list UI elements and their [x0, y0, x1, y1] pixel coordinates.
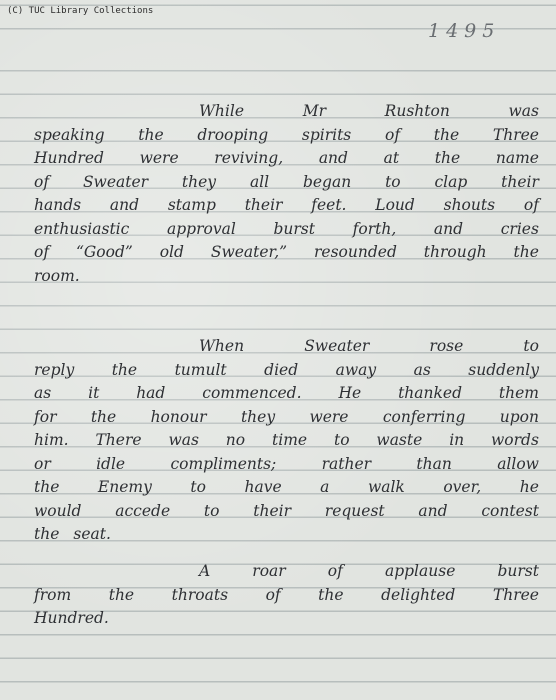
word: stamp — [168, 194, 216, 218]
word: upon — [500, 406, 539, 430]
text-line: him.Therewasnotimetowasteinwords — [34, 429, 539, 453]
word: rose — [429, 335, 463, 359]
word: shouts — [444, 194, 495, 218]
word: to — [385, 171, 401, 195]
text-line: WhileMrRushtonwas — [34, 100, 539, 124]
word: request — [325, 500, 385, 524]
word: Three — [493, 124, 539, 148]
text-line: theEnemytohaveawalkover,he — [34, 476, 539, 500]
text-line: wouldaccedetotheirrequestandcontest — [34, 500, 539, 524]
word: compliments; — [170, 453, 276, 477]
word: thanked — [398, 382, 462, 406]
word: the — [434, 124, 459, 148]
text-line: asithadcommenced.Hethankedthem — [34, 382, 539, 406]
word: seat. — [73, 523, 111, 547]
word: the — [112, 359, 137, 383]
folio-number: 1495 — [428, 20, 500, 42]
word: as — [34, 382, 51, 406]
word: resounded — [314, 241, 397, 265]
word: reviving, — [214, 147, 283, 171]
word: idle — [96, 453, 125, 477]
word: their — [245, 194, 283, 218]
word: contest — [481, 500, 539, 524]
word: would — [34, 500, 81, 524]
word: as — [414, 359, 431, 383]
word: of — [524, 194, 539, 218]
word: him. — [34, 429, 69, 453]
word: at — [384, 147, 399, 171]
word: burst — [273, 218, 315, 242]
text-line: WhenSweaterroseto — [34, 335, 539, 359]
manuscript-page: (C) TUC Library Collections 1495 WhileMr… — [0, 0, 556, 700]
word: all — [250, 171, 269, 195]
word: Hundred. — [34, 607, 109, 631]
word: of — [34, 241, 49, 265]
paragraph-1: WhileMrRushtonwasspeakingthedroopingspir… — [34, 100, 539, 288]
word: commenced. — [202, 382, 301, 406]
word: Mr — [303, 100, 326, 124]
word: accede — [115, 500, 170, 524]
word: no — [226, 429, 245, 453]
word: roar — [252, 560, 285, 584]
word: “Good” — [76, 241, 133, 265]
word: When — [199, 335, 244, 359]
word: Sweater,” — [211, 241, 287, 265]
word: to — [190, 476, 206, 500]
word: rather — [322, 453, 371, 477]
text-line: of“Good”oldSweater,”resoundedthroughthe — [34, 241, 539, 265]
word: allow — [497, 453, 539, 477]
text-line: fromthethroatsofthedelightedThree — [34, 584, 539, 608]
word: He — [338, 382, 361, 406]
word: old — [160, 241, 184, 265]
text-line: ofSweatertheyallbegantoclaptheir — [34, 171, 539, 195]
paragraph-2: WhenSweaterrosetoreplythetumultdiedawaya… — [34, 335, 539, 547]
word: the — [91, 406, 116, 430]
word: for — [34, 406, 56, 430]
word: through — [424, 241, 487, 265]
word: from — [34, 584, 71, 608]
word: words — [491, 429, 539, 453]
word: waste — [376, 429, 422, 453]
word: conferring — [383, 406, 466, 430]
word: began — [303, 171, 351, 195]
word: of — [385, 124, 400, 148]
word: throats — [172, 584, 228, 608]
word: had — [136, 382, 165, 406]
word: While — [199, 100, 244, 124]
word: a — [320, 476, 329, 500]
word: their — [253, 500, 291, 524]
word: speaking — [34, 124, 105, 148]
text-line: replythetumultdiedawayassuddenly — [34, 359, 539, 383]
text-line: enthusiasticapprovalburstforth,andcries — [34, 218, 539, 242]
word: hands — [34, 194, 81, 218]
word: and — [110, 194, 139, 218]
word: forth, — [353, 218, 397, 242]
word: the — [34, 476, 59, 500]
text-line: speakingthedroopingspiritsoftheThree — [34, 124, 539, 148]
text-line: handsandstamptheirfeet.Loudshoutsof — [34, 194, 539, 218]
word: burst — [497, 560, 539, 584]
word: drooping — [197, 124, 268, 148]
word: delighted — [381, 584, 455, 608]
word: applause — [385, 560, 455, 584]
word: approval — [167, 218, 236, 242]
word: he — [520, 476, 539, 500]
text-line: Hundredwerereviving,andatthename — [34, 147, 539, 171]
word: the — [138, 124, 163, 148]
word: was — [509, 100, 539, 124]
word: Rushton — [385, 100, 450, 124]
word: reply — [34, 359, 74, 383]
word: away — [336, 359, 377, 383]
word: and — [418, 500, 447, 524]
word: honour — [151, 406, 207, 430]
copyright-watermark: (C) TUC Library Collections — [7, 6, 153, 16]
word: the — [435, 147, 460, 171]
word: and — [319, 147, 348, 171]
word: cries — [501, 218, 539, 242]
word: There — [95, 429, 141, 453]
text-line: forthehonourtheywereconferringupon — [34, 406, 539, 430]
word: room. — [34, 265, 80, 289]
word: died — [264, 359, 298, 383]
word: were — [309, 406, 348, 430]
word: or — [34, 453, 51, 477]
word: them — [499, 382, 539, 406]
word: the — [514, 241, 539, 265]
word: was — [168, 429, 198, 453]
word: enthusiastic — [34, 218, 129, 242]
word: to — [523, 335, 539, 359]
word: Enemy — [98, 476, 152, 500]
word: feet. — [311, 194, 346, 218]
word: Sweater — [83, 171, 148, 195]
paragraph-3: Aroarofapplauseburstfromthethroatsofthed… — [34, 560, 539, 631]
word: to — [334, 429, 350, 453]
word: the — [318, 584, 343, 608]
word: were — [140, 147, 179, 171]
word: have — [244, 476, 281, 500]
word: tumult — [175, 359, 227, 383]
word: they — [182, 171, 216, 195]
word: in — [449, 429, 464, 453]
word: Hundred — [34, 147, 104, 171]
text-line: Hundred. — [34, 607, 539, 631]
word: Loud — [375, 194, 415, 218]
word: clap — [434, 171, 467, 195]
word: time — [272, 429, 307, 453]
word: of — [266, 584, 281, 608]
text-line: theseat. — [34, 523, 539, 547]
word: over, — [443, 476, 481, 500]
text-line: Aroarofapplauseburst — [34, 560, 539, 584]
word: their — [501, 171, 539, 195]
word: Sweater — [304, 335, 369, 359]
word: the — [34, 523, 59, 547]
word: Three — [493, 584, 539, 608]
text-line: room. — [34, 265, 539, 289]
word: and — [434, 218, 463, 242]
word: they — [241, 406, 275, 430]
word: of — [34, 171, 49, 195]
word: the — [109, 584, 134, 608]
word: walk — [368, 476, 405, 500]
word: suddenly — [468, 359, 539, 383]
word: to — [204, 500, 220, 524]
word: spirits — [302, 124, 351, 148]
text-line: oridlecompliments;ratherthanallow — [34, 453, 539, 477]
word: than — [416, 453, 451, 477]
word: name — [496, 147, 539, 171]
word: it — [88, 382, 99, 406]
word: of — [328, 560, 343, 584]
word: A — [199, 560, 210, 584]
